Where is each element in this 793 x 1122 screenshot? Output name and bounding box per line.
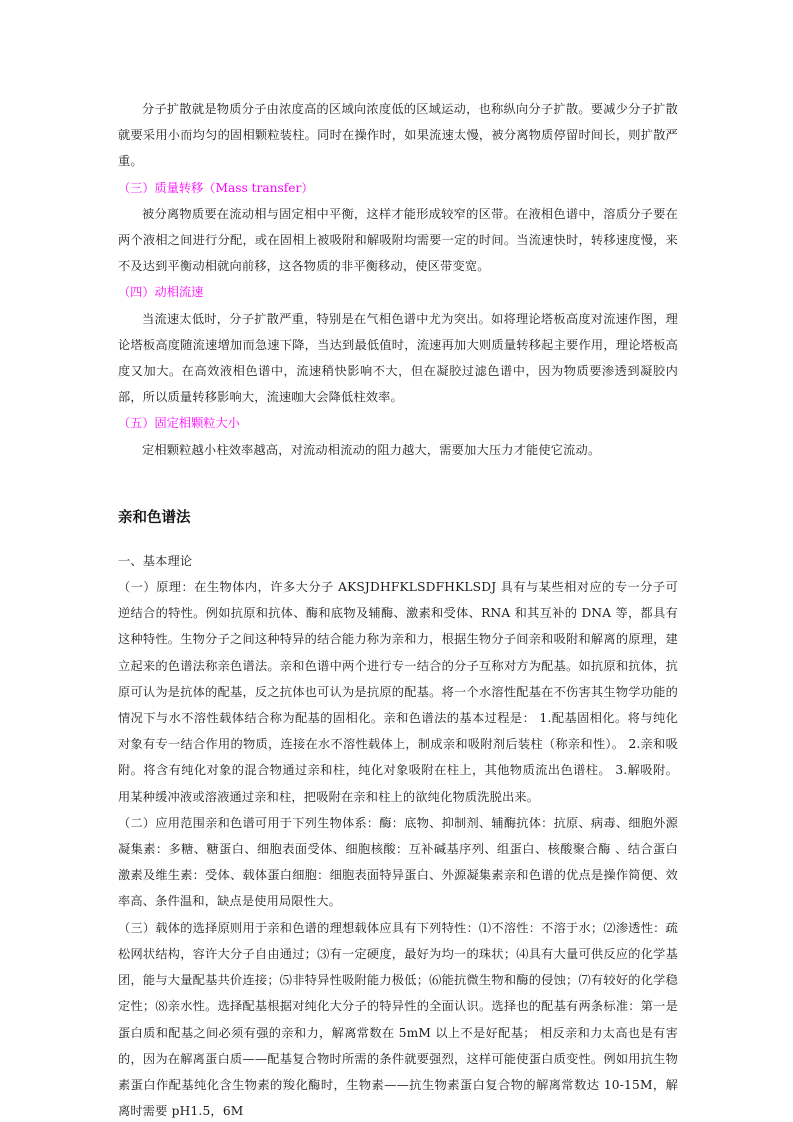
diffusion-paragraph: 分子扩散就是物质分子由浓度高的区域向浓度低的区域运动，也称纵向分子扩散。要减少分… xyxy=(118,96,678,175)
particle-size-paragraph: 定相颗粒越小柱效率越高，对流动相流动的阻力越大，需要加大压力才能使它流动。 xyxy=(118,437,678,463)
applications-paragraph: （二）应用范围亲和色谱可用于下列生物体系：酶：底物、抑制剂、辅酶抗体：抗原、病毒… xyxy=(118,810,678,915)
principle-paragraph: （一）原理：在生物体内，许多大分子 AKSJDHFKLSDFHKLSDJ 具有与… xyxy=(118,574,678,810)
particle-size-heading: （五）固定相颗粒大小 xyxy=(118,410,678,436)
mass-transfer-paragraph: 被分离物质要在流动相与固定相中平衡，这样才能形成较窄的区带。在液相色谱中，溶质分… xyxy=(118,201,678,280)
affinity-chromatography-title: 亲和色谱法 xyxy=(118,508,678,528)
flow-rate-paragraph: 当流速太低时，分子扩散严重，特别是在气相色谱中尤为突出。如将理论塔板高度对流速作… xyxy=(118,306,678,411)
document-page: 分子扩散就是物质分子由浓度高的区域向浓度低的区域运动，也称纵向分子扩散。要减少分… xyxy=(118,96,678,1122)
basic-theory-subtitle: 一、基本理论 xyxy=(118,548,678,574)
carrier-selection-paragraph: （三）载体的选择原则用于亲和色谱的理想载体应具有下列特性：⑴不溶性：不溶于水；⑵… xyxy=(118,915,678,1122)
mass-transfer-heading: （三）质量转移（Mass transfer） xyxy=(118,175,678,201)
flow-rate-heading: （四）动相流速 xyxy=(118,279,678,305)
